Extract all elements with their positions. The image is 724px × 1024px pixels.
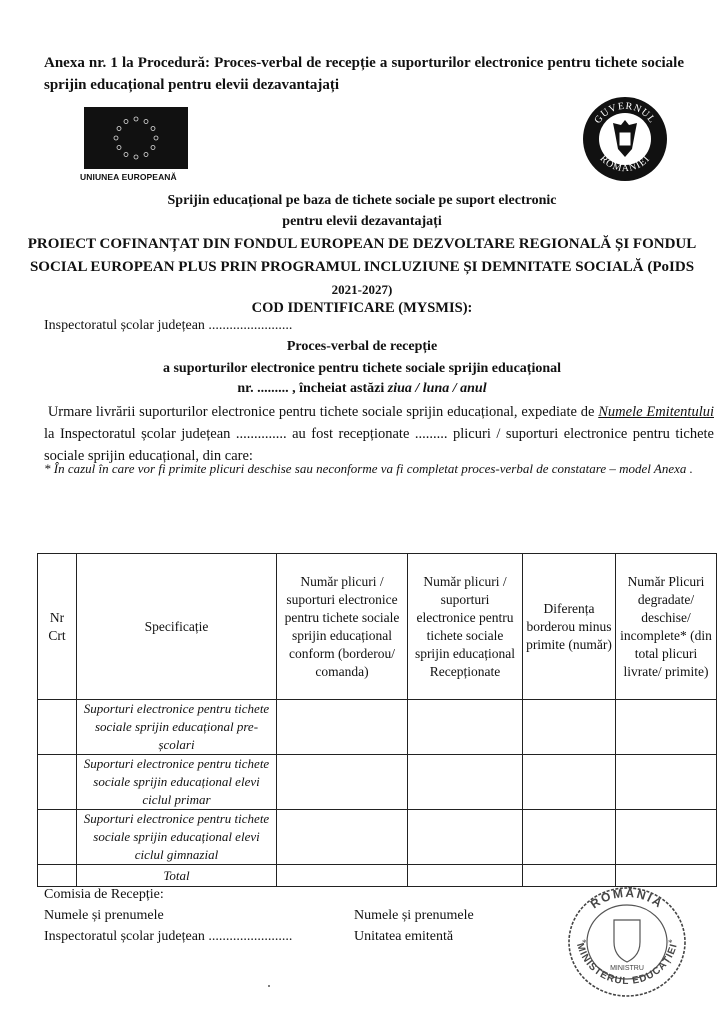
header-specificatie: Specificație xyxy=(77,554,277,700)
header-plicuri-degradate: Număr Plicuri degradate/ deschise/ incom… xyxy=(616,554,717,700)
header-nr-crt: Nr Crt xyxy=(38,554,77,700)
cell-receptionate[interactable] xyxy=(408,810,523,865)
cell-nr[interactable] xyxy=(38,810,77,865)
cell-total-conform[interactable] xyxy=(277,865,408,887)
pv-subtitle: a suporturilor electronice pentru tichet… xyxy=(0,361,724,377)
table-row: Suporturi electronice pentru tichete soc… xyxy=(38,700,717,755)
table-header-row: Nr Crt Specificație Număr plicuri / supo… xyxy=(38,554,717,700)
header-line-4: SOCIAL EUROPEAN PLUS PRIN PROGRAMUL INCL… xyxy=(0,259,724,276)
signature-left: Comisia de Recepție: Numele și prenumele… xyxy=(44,884,292,947)
table-row: Suporturi electronice pentru tichete soc… xyxy=(38,755,717,810)
annex-title: Anexa nr. 1 la Procedură: Proces-verbal … xyxy=(44,52,684,96)
ministry-stamp: ROMÂNIA MINISTERUL EDUCAȚIEI MINISTRU * … xyxy=(562,882,692,1002)
header-cod-identificare: COD IDENTIFICARE (MYSMIS): xyxy=(0,300,724,317)
cell-spec: Suporturi electronice pentru tichete soc… xyxy=(77,810,277,865)
cell-spec: Suporturi electronice pentru tichete soc… xyxy=(77,700,277,755)
right-org-label: Unitatea emitentă xyxy=(354,926,474,947)
coat-of-arms-icon xyxy=(614,920,640,962)
eu-stars-icon xyxy=(84,107,188,169)
header-line-5: 2021-2027) xyxy=(0,282,724,298)
inspectorate-line: Inspectoratul școlar județean ..........… xyxy=(44,318,292,334)
eu-label: UNIUNEA EUROPEANĂ xyxy=(80,172,177,182)
cell-diferenta[interactable] xyxy=(523,810,616,865)
header-numar-conform: Număr plicuri / suporturi electronice pe… xyxy=(277,554,408,700)
cell-receptionate[interactable] xyxy=(408,700,523,755)
cell-conform[interactable] xyxy=(277,700,408,755)
pv-number-date: nr. ......... , încheiat astăzi ziua / l… xyxy=(0,381,724,397)
signature-right: Numele și prenumele Unitatea emitentă xyxy=(354,905,474,947)
left-name-label: Numele și prenumele xyxy=(44,905,292,926)
cell-conform[interactable] xyxy=(277,810,408,865)
cell-spec: Suporturi electronice pentru tichete soc… xyxy=(77,755,277,810)
header-line-2: pentru elevii dezavantajați xyxy=(0,214,724,230)
cell-total-receptionate[interactable] xyxy=(408,865,523,887)
pv-title: Proces-verbal de recepție xyxy=(0,339,724,355)
cell-degradate[interactable] xyxy=(616,700,717,755)
cell-nr[interactable] xyxy=(38,700,77,755)
header-diferenta: Diferența borderou minus primite (număr) xyxy=(523,554,616,700)
svg-text:ROMÂNIA: ROMÂNIA xyxy=(588,885,667,912)
pv-date-placeholder: ziua / luna / anul xyxy=(388,381,487,396)
cell-degradate[interactable] xyxy=(616,755,717,810)
header-numar-receptionate: Număr plicuri / suporturi electronice pe… xyxy=(408,554,523,700)
cell-diferenta[interactable] xyxy=(523,700,616,755)
body-part-1: Urmare livrării suporturilor electronice… xyxy=(48,404,598,420)
reception-table: Nr Crt Specificație Număr plicuri / supo… xyxy=(37,553,717,887)
svg-text:*: * xyxy=(582,938,587,948)
svg-text:*: * xyxy=(668,938,673,948)
cell-diferenta[interactable] xyxy=(523,755,616,810)
header-line-1: Sprijin educațional pe baza de tichete s… xyxy=(0,193,724,209)
svg-text:MINISTRU: MINISTRU xyxy=(610,965,644,972)
footnote: * În cazul în care vor fi primite plicur… xyxy=(44,458,714,480)
cell-nr[interactable] xyxy=(38,755,77,810)
header-line-3: PROIECT COFINANȚAT DIN FONDUL EUROPEAN D… xyxy=(0,236,724,253)
cell-degradate[interactable] xyxy=(616,810,717,865)
right-name-label: Numele și prenumele xyxy=(354,905,474,926)
pv-number-prefix: nr. ......... , încheiat astăzi xyxy=(237,381,387,396)
committee-label: Comisia de Recepție: xyxy=(44,884,292,905)
left-org-label: Inspectoratul școlar județean ..........… xyxy=(44,926,292,947)
scan-speck xyxy=(268,985,270,987)
table-row: Suporturi electronice pentru tichete soc… xyxy=(38,810,717,865)
eu-flag-logo xyxy=(84,107,188,169)
government-seal-logo: GUVERNUL ROMÂNIEI xyxy=(582,96,668,182)
cell-conform[interactable] xyxy=(277,755,408,810)
issuer-name: Numele Emitentului xyxy=(598,404,714,420)
cell-receptionate[interactable] xyxy=(408,755,523,810)
